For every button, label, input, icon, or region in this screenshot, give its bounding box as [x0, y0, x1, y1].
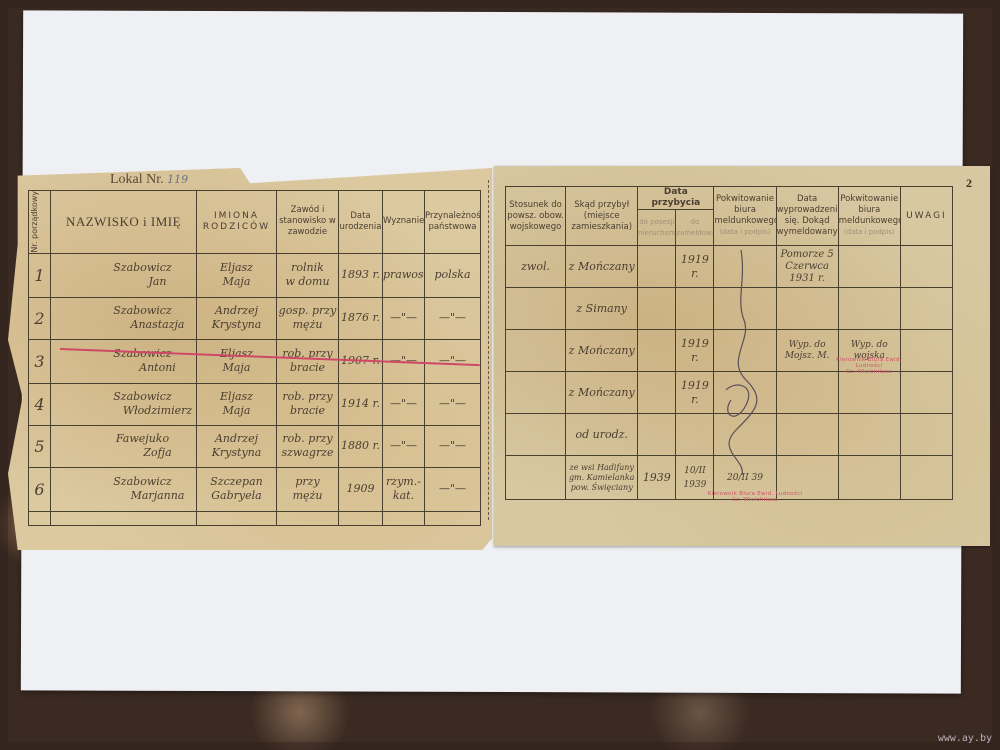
receipt-2 [838, 288, 900, 330]
arrival-date-1 [638, 330, 676, 372]
military-status [506, 330, 566, 372]
row-number: 1 [29, 253, 51, 297]
parents-names: AndrzejKrystyna [197, 425, 277, 467]
arrival-date-1 [638, 414, 676, 456]
occupation: rob. przybracie [277, 383, 339, 425]
header-birth-date: Data urodzenia [339, 191, 383, 254]
citizenship: —"— [425, 297, 481, 339]
birth-date: 1893 r. [339, 253, 383, 297]
signature-scrawl [716, 240, 766, 480]
arrival-date-1 [638, 246, 676, 288]
table-row: 4 SzabowiczWłodzimierz EljaszMaja rob. p… [29, 383, 481, 425]
header-row: Nr. porządkowy NAZWISKO i IMIĘ IMIONA RO… [29, 191, 481, 254]
departure: Pomorze 5 Czerwca 1931 r. [776, 246, 838, 288]
arrival-date-2 [676, 288, 714, 330]
arrival-date-1: 1939 [638, 456, 676, 500]
religion: prawosł. [383, 253, 425, 297]
red-stamp-1: Kierownik Biura Ewid. Ludności Cz. Wielo… [824, 357, 914, 375]
religion: —"— [383, 297, 425, 339]
occupation: gosp. przymężu [277, 297, 339, 339]
from-where: z Mończany [566, 330, 638, 372]
header-arrival-sub2: do zameldowania [676, 210, 714, 246]
resident-name: SzabowiczAntoni [51, 339, 197, 383]
lokal-number: Lokal Nr. 119 [110, 172, 188, 188]
header-receipt-bureau: Pokwitowanie biura meldunkowego(data i p… [714, 187, 776, 246]
remarks [900, 288, 952, 330]
citizenship: polska [425, 253, 481, 297]
religion: —"— [383, 425, 425, 467]
military-status [506, 414, 566, 456]
birth-date: 1909 [339, 467, 383, 511]
birth-date: 1914 r. [339, 383, 383, 425]
header-occupation: Zawód i stanowisko w zawodzie [277, 191, 339, 254]
receipt-2 [838, 414, 900, 456]
receipt-2 [838, 456, 900, 500]
page-number: 2 [966, 176, 972, 191]
receipt-2 [838, 372, 900, 414]
occupation: rolnikw domu [277, 253, 339, 297]
military-status: zwol. [506, 246, 566, 288]
remarks [900, 456, 952, 500]
arrival-date-2: 1919 r. [676, 372, 714, 414]
parents-names: SzczepanGabryela [197, 467, 277, 511]
residents-table: Nr. porządkowy NAZWISKO i IMIĘ IMIONA RO… [28, 190, 481, 526]
citizenship: —"— [425, 425, 481, 467]
table-row-empty [29, 511, 481, 525]
header-citizenship: Przynależność państwowa [425, 191, 481, 254]
military-status [506, 288, 566, 330]
receipt-2 [838, 246, 900, 288]
resident-name: FawejukoZofja [51, 425, 197, 467]
departure [776, 288, 838, 330]
citizenship: —"— [425, 383, 481, 425]
header-departure: Data wyprowadzenia się. Dokąd wymeldowan… [776, 187, 838, 246]
row-number: 6 [29, 467, 51, 511]
remarks [900, 246, 952, 288]
birth-date: 1880 r. [339, 425, 383, 467]
from-where: z Mończany [566, 246, 638, 288]
birth-date: 1876 r. [339, 297, 383, 339]
header-parents: IMIONA RODZICÓW [197, 191, 277, 254]
table-row: 2 SzabowiczAnastazja AndrzejKrystyna gos… [29, 297, 481, 339]
lokal-label: Lokal Nr. [110, 172, 164, 187]
arrival-date-2: 1919 r. [676, 330, 714, 372]
resident-name: SzabowiczWłodzimierz [51, 383, 197, 425]
parents-names: EljaszMaja [197, 339, 277, 383]
table-row: 5 FawejukoZofja AndrzejKrystyna rob. prz… [29, 425, 481, 467]
header-military: Stosunek do powsz. obow. wojskowego [506, 187, 566, 246]
citizenship: —"— [425, 467, 481, 511]
occupation: rob. przyszwagrze [277, 425, 339, 467]
resident-name: SzabowiczMarjanna [51, 467, 197, 511]
from-where: z Simany [566, 288, 638, 330]
row-number: 4 [29, 383, 51, 425]
parents-names: EljaszMaja [197, 383, 277, 425]
parents-names: EljaszMaja [197, 253, 277, 297]
red-stamp-2: Kierownik Biura Ewid. Ludności Cz. Wielo… [700, 491, 810, 503]
arrival-date-1 [638, 288, 676, 330]
header-name: NAZWISKO i IMIĘ [51, 191, 197, 254]
header-nr: Nr. porządkowy [29, 191, 51, 254]
arrival-date-1 [638, 372, 676, 414]
header-religion: Wyznanie [383, 191, 425, 254]
header-arrival-sub1: do posesji nieruchomości [638, 210, 676, 246]
row-number: 5 [29, 425, 51, 467]
row-number: 3 [29, 339, 51, 383]
header-row: Stosunek do powsz. obow. wojskowego Skąd… [506, 187, 953, 210]
parents-names: AndrzejKrystyna [197, 297, 277, 339]
resident-name: SzabowiczJan [51, 253, 197, 297]
header-from-where: Skąd przybył (miejsce zamieszkania) [566, 187, 638, 246]
watermark: www.ay.by [938, 733, 992, 744]
departure [776, 414, 838, 456]
table-row: 1 SzabowiczJan EljaszMaja rolnikw domu 1… [29, 253, 481, 297]
row-number: 2 [29, 297, 51, 339]
from-where: ze wsi Hadifany gm. Kamielanka pow. Świę… [566, 456, 638, 500]
military-status [506, 456, 566, 500]
military-status [506, 372, 566, 414]
religion: —"— [383, 383, 425, 425]
header-arrival-date: Data przybycia [638, 187, 714, 210]
occupation: rob. przybracie [277, 339, 339, 383]
header-remarks: UWAGI [900, 187, 952, 246]
lokal-value: 119 [167, 173, 188, 186]
resident-name: SzabowiczAnastazja [51, 297, 197, 339]
table-row: 6 SzabowiczMarjanna SzczepanGabryela prz… [29, 467, 481, 511]
remarks [900, 414, 952, 456]
header-receipt-bureau-2: Pokwitowanie biura meldunkowego(data i p… [838, 187, 900, 246]
religion: rzym.-kat. [383, 467, 425, 511]
citizenship: —"— [425, 339, 481, 383]
arrival-date-2 [676, 414, 714, 456]
occupation: przymężu [277, 467, 339, 511]
from-where: od urodz. [566, 414, 638, 456]
remarks [900, 372, 952, 414]
from-where: z Mończany [566, 372, 638, 414]
arrival-date-2: 1919 r. [676, 246, 714, 288]
departure [776, 372, 838, 414]
